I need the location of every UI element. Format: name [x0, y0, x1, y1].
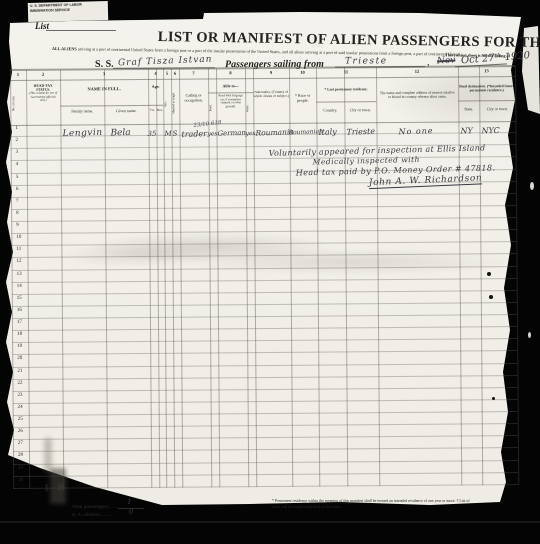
- entry-family-name: Lengvin: [62, 128, 102, 139]
- row-number: 21: [17, 368, 22, 373]
- header-dest-city: City or town.: [479, 107, 515, 112]
- entry-calling: trader: [181, 129, 207, 139]
- column-number: 4: [154, 70, 156, 75]
- row-number: 30: [18, 478, 23, 483]
- row-number: 19: [17, 344, 22, 349]
- row-number: 14: [17, 284, 22, 289]
- row-number: 16: [17, 308, 22, 313]
- entry-write: yes: [245, 130, 255, 137]
- manifest-table: 12345678910111213 No. on List. HEAD-TAX …: [0, 0, 540, 544]
- row-number: 23: [18, 393, 23, 398]
- row-number: 13: [17, 271, 22, 276]
- header-no-on-list: No. on List.: [12, 84, 24, 122]
- column-number: 6: [174, 70, 176, 75]
- row-number: 11: [16, 247, 21, 252]
- row-number: 15: [17, 296, 22, 301]
- total-passengers-value: 1: [127, 498, 131, 506]
- entry-country: Italy: [318, 127, 337, 137]
- footnote-residence: * Permanent residence within the meaning…: [272, 499, 455, 503]
- row-number: 29: [18, 465, 23, 470]
- manifest-row: 30: [13, 473, 518, 489]
- row-number: 12: [16, 259, 21, 264]
- entry-city: Trieste: [346, 127, 375, 137]
- row-number: 27: [18, 441, 23, 446]
- column-number: 13: [484, 68, 489, 73]
- header-read-lang: Read what language (or, if exemption cla…: [216, 94, 245, 109]
- header-able-to: Able to—: [208, 84, 253, 89]
- row-number: 3: [16, 150, 19, 155]
- column-number: 11: [344, 69, 348, 74]
- header-calling: Calling or occupation.: [179, 93, 208, 103]
- rule: [10, 76, 515, 81]
- row-number: 8: [16, 211, 19, 216]
- header-age: Age.: [148, 85, 163, 90]
- entry-read-lang: German: [217, 129, 246, 138]
- entry-dest-city: NYC: [481, 126, 500, 136]
- column-number: 9: [270, 69, 272, 74]
- footnotes: * Permanent residence within the meaning…: [272, 499, 472, 510]
- header-state: State.: [458, 107, 479, 112]
- entry-relative: No one: [398, 126, 433, 136]
- us-citizens-label: U. S. citizens . . . . .: [72, 512, 112, 517]
- ink-speck: [492, 397, 495, 400]
- column-number: 8: [229, 70, 231, 75]
- header-head-tax-note: (This column for use of Government offic…: [27, 92, 59, 103]
- row-number: 17: [17, 320, 22, 325]
- row-number: 5: [16, 174, 19, 179]
- row-number: 22: [17, 381, 22, 386]
- row-number: 10: [16, 235, 21, 240]
- row-number: 20: [17, 356, 22, 361]
- header-relative: The name and complete address of nearest…: [378, 90, 456, 99]
- column-number: 12: [415, 68, 420, 73]
- header-given-name: Given name.: [104, 109, 148, 114]
- total-passengers-label: Total passengers . . . . .: [72, 504, 121, 509]
- row-number: 9: [16, 223, 19, 228]
- column-number: 3: [103, 71, 105, 76]
- row-number: 1: [15, 126, 18, 131]
- rule: [458, 100, 515, 101]
- column-number: 1: [17, 71, 19, 76]
- smudge: [50, 468, 66, 504]
- entry-dest-state: NY: [460, 126, 473, 135]
- header-country: Country.: [316, 108, 344, 113]
- header-name-in-full: NAME IN FULL.: [60, 86, 148, 92]
- row-number: 7: [16, 199, 19, 204]
- entry-sex: M: [164, 130, 171, 138]
- header-mos: Mos.: [156, 109, 163, 113]
- row-number: 24: [18, 405, 23, 410]
- row-number: 2: [16, 138, 19, 143]
- header-family-name: Family name.: [60, 109, 104, 114]
- row-number: 25: [18, 417, 23, 422]
- entry-age: 35: [147, 130, 156, 138]
- ink-speck: [487, 272, 491, 276]
- header-nationality: Nationality. (Country of which citizen o…: [253, 90, 289, 99]
- entry-read: yes: [207, 130, 217, 137]
- header-city: City or town.: [344, 108, 376, 113]
- entry-married: S: [172, 130, 177, 138]
- column-number: 5: [166, 70, 168, 75]
- scanned-manifest-page: U. S. DEPARTMENT OF LABOR IMMIGRATION SE…: [0, 0, 540, 544]
- ink-speck: [489, 295, 493, 299]
- column-number: 10: [300, 69, 305, 74]
- header-destination: Final destination. (*Intended future per…: [458, 84, 515, 93]
- header-yrs: Yrs.: [148, 109, 156, 113]
- row-number: 26: [18, 429, 23, 434]
- row-number: 18: [17, 332, 22, 337]
- row-number: 4: [16, 162, 19, 167]
- us-citizens-value: 0: [129, 508, 133, 516]
- rule: [316, 101, 376, 102]
- header-last-residence: * Last permanent residence.: [316, 87, 376, 92]
- column-number: 7: [192, 70, 194, 75]
- smudge: [44, 438, 52, 472]
- column-number: 2: [42, 71, 44, 76]
- row-number: 6: [16, 187, 19, 192]
- header-race: * Race or people.: [289, 94, 316, 104]
- entry-given-name: Bela: [110, 128, 131, 139]
- row-number: 28: [18, 453, 23, 458]
